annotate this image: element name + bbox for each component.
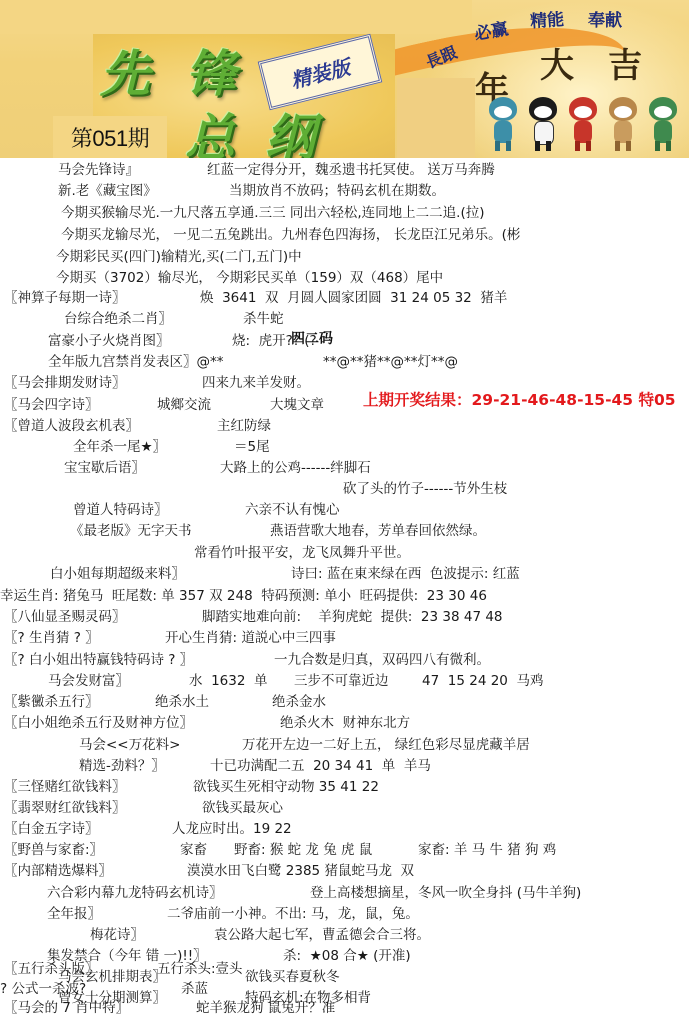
- line-label: 〖八仙显圣赐灵码〗: [4, 608, 126, 626]
- line-label: 白小姐每期超级来料〗: [50, 565, 185, 583]
- line-label: 幸运生肖: 猪兔马 旺尾数: 单 357 双 248 特码预测: 单小 旺码提供…: [0, 587, 487, 605]
- line-value: 杀牛蛇: [243, 310, 284, 328]
- text-line: 〖白金五字诗〗人龙应时出。19 22: [0, 820, 689, 838]
- text-line: 〖五行杀头版〗五行杀头:壹头: [0, 960, 689, 978]
- text-line: 精选-劲料？〗十已功满配二五 20 34 41 单 羊马: [0, 757, 689, 775]
- line-label: 〖内部精选爆料〗: [4, 862, 112, 880]
- text-line: 白小姐每期超级来料〗诗曰: 蓝在東来绿在西 色波提示: 红蓝: [0, 565, 689, 583]
- line-value: 焕 3641 双 月圆人圆家团圆 31 24 05 32 猪羊: [200, 289, 507, 307]
- line-value: 六亲不认有愧心: [245, 501, 340, 519]
- line-label: 〖马会排期发财诗〗: [4, 374, 126, 392]
- line-value: 二爷庙前一小神。不出: 马，龙，鼠，兔。: [167, 905, 419, 923]
- line-label: 全年版九宫禁肖发表区〗@**: [48, 353, 224, 371]
- line-value: 十已功满配二五 20 34 41 单 羊马: [210, 757, 431, 775]
- text-line: 马会先锋诗』红蓝一定得分开，魏丞遗书托冥使。 送万马奔腾: [0, 161, 689, 179]
- line-label: 常看竹叶报平安，龙飞凤舞升平世。: [194, 544, 410, 562]
- slogan-offer: 奉献: [588, 6, 622, 31]
- text-line: 今期买猴输尽光.一九尺落五享通.三三 同出六轻松,连同地上二二追.(拉): [0, 204, 689, 222]
- line-label: 全年报〗: [47, 905, 101, 923]
- line-label: 曾道人特码诗〗: [73, 501, 168, 519]
- line-label: 〖紫黴杀五行〗: [4, 693, 99, 711]
- line-value: 家畜: [180, 841, 207, 859]
- text-line: 马会发财富〗水 1632 单三步不可靠近边47 15 24 20 马鸡: [0, 672, 689, 690]
- line-value: 大塊文章: [270, 396, 324, 414]
- line-label: 〖三怪赌红欲钱料〗: [4, 778, 126, 796]
- line-label: 〖马会四字诗〗: [4, 396, 99, 414]
- text-line: 曾道人特码诗〗六亲不认有愧心: [0, 501, 689, 519]
- text-line: 〖翡翠财红欲钱料〗欲钱买最灰心: [0, 799, 689, 817]
- line-value: 大路上的公鸡------绊脚石: [220, 459, 371, 477]
- line-value: 四来九来羊发财。: [202, 374, 310, 392]
- mascot-beibei-icon: [485, 97, 521, 153]
- issue-number: 第051期: [53, 116, 167, 158]
- line-label: 今期买猴输尽光.一九尺落五享通.三三 同出六轻松,连同地上二二追.(拉): [61, 204, 485, 222]
- line-label: 今期彩民买(四门)输精光,买(二门,五门)中: [56, 248, 302, 266]
- line-label: 马会发财富〗: [48, 672, 129, 690]
- line-value: 开心生肖猜: 道説心中三四事: [165, 629, 336, 647]
- text-line: 砍了头的竹子------节外生枝: [0, 480, 689, 498]
- title-char-3: 总: [185, 98, 235, 158]
- line-value: 绝杀金水: [272, 693, 326, 711]
- text-line: 〖曾道人波段玄机表〗主红防绿: [0, 417, 689, 435]
- text-line: 幸运生肖: 猪兔马 旺尾数: 单 357 双 248 特码预测: 单小 旺码提供…: [0, 587, 689, 605]
- line-label: 六合彩内幕九龙特码玄机诗〗: [47, 884, 223, 902]
- slogan-skill: 精能: [529, 5, 565, 32]
- text-line: 全年杀一尾★〗＝5尾: [0, 438, 689, 456]
- line-label: 〖野兽与家畜:〗: [4, 841, 103, 859]
- line-label: 砍了头的竹子------节外生枝: [343, 480, 507, 498]
- line-label: 〖白小姐绝杀五行及财神方位〗: [4, 714, 193, 732]
- line-value: 诗曰: 蓝在東来绿在西 色波提示: 红蓝: [291, 565, 520, 583]
- last-draw-result: 上期开奖结果：29-21-46-48-15-45 特05: [363, 388, 676, 410]
- text-line: 〖内部精选爆料〗漠漠水田飞白鹭 2385 猪鼠蛇马龙 双: [0, 862, 689, 880]
- text-line: 今期买龙输尽光， 一见二五兔跳出。九州春色四海扬， 长龙臣江兄弟乐。(彬: [0, 226, 689, 244]
- text-line: 〖? 白小姐出特赢钱特码诗 ? 〗一九合数是归真，双码四八有微利。: [0, 651, 689, 669]
- line-value: 当期放肖不放码；特码玄机在期数。: [229, 182, 445, 200]
- text-line: 〖神算子每期一诗〗焕 3641 双 月圆人圆家团圆 31 24 05 32 猪羊: [0, 289, 689, 307]
- text-line: 〖马会的 7 肖中特〗蛇羊猴龙狗 鼠兔开？准: [0, 999, 689, 1017]
- line-value: 城鄉交流: [157, 396, 211, 414]
- title-char-2: 锋: [186, 34, 236, 106]
- text-line: 全年版九宫禁肖发表区〗@****@**猪**@**灯**@: [0, 353, 689, 371]
- mascot-yingying-icon: [605, 97, 641, 153]
- line-value: 野畜: 猴 蛇 龙 兔 虎 鼠: [234, 841, 372, 859]
- line-value: 登上高楼想摘星，冬风一吹全身抖 (马牛羊狗): [310, 884, 581, 902]
- text-line: 常看竹叶报平安，龙飞凤舞升平世。: [0, 544, 689, 562]
- line-label: 〖翡翠财红欲钱料〗: [4, 799, 126, 817]
- masked-area: [397, 78, 475, 158]
- line-label: 全年杀一尾★〗: [73, 438, 166, 456]
- text-line: 马会<<万花料>万花开左边一二好上五， 绿红色彩尽显虎藏羊居: [0, 736, 689, 754]
- text-line: 《最老版》无字天书燕语营歌大地春，芳单春回依然绿。: [0, 522, 689, 540]
- line-value: ＝5尾: [234, 438, 270, 456]
- line-label: 〖马会的 7 肖中特〗: [4, 999, 129, 1017]
- line-label: 〖曾道人波段玄机表〗: [4, 417, 139, 435]
- text-line: 梅花诗〗袁公路大起七军，曹孟德会合三将。: [0, 926, 689, 944]
- text-line: 〖八仙显圣赐灵码〗脚踏实地难向前: 羊狗虎蛇 提供: 23 38 47 48: [0, 608, 689, 626]
- year-char-2: 大: [540, 38, 574, 87]
- line-value: 欲钱买最灰心: [202, 799, 283, 817]
- line-value: 欲钱买生死相守动物 35 41 22: [193, 778, 379, 796]
- banner-top-strip: [0, 0, 472, 34]
- text-line: 今期彩民买(四门)输精光,买(二门,五门)中: [0, 248, 689, 266]
- line-label: 新.老《藏宝图》: [58, 182, 157, 200]
- mascot-jingjing-icon: [525, 97, 561, 153]
- line-value: 杀蓝: [181, 980, 208, 998]
- line-label: 〖五行杀头版〗: [4, 960, 99, 978]
- line-value: 红蓝一定得分开，魏丞遗书托冥使。 送万马奔腾: [207, 161, 495, 179]
- line-value: 人龙应时出。19 22: [172, 820, 292, 838]
- line-label: 〖? 生肖猜 ? 〗: [4, 629, 99, 647]
- text-line: 全年报〗二爷庙前一小神。不出: 马，龙，鼠，兔。: [0, 905, 689, 923]
- text-line: 〖? 生肖猜 ? 〗开心生肖猜: 道説心中三四事: [0, 629, 689, 647]
- text-line: 台综合绝杀二肖〗杀牛蛇: [0, 310, 689, 328]
- line-value: 绝杀火木 财神东北方: [280, 714, 410, 732]
- line-value: 万花开左边一二好上五， 绿红色彩尽显虎藏羊居: [242, 736, 530, 754]
- line-label: 〖白金五字诗〗: [4, 820, 99, 838]
- line-value: 脚踏实地难向前: 羊狗虎蛇 提供: 23 38 47 48: [202, 608, 503, 626]
- mascot-group: [485, 97, 685, 157]
- line-value: 三步不可靠近边: [294, 672, 389, 690]
- text-line: 新.老《藏宝图》当期放肖不放码；特码玄机在期数。: [0, 182, 689, 200]
- text-line: 〖三怪赌红欲钱料〗欲钱买生死相守动物 35 41 22: [0, 778, 689, 796]
- line-value: 燕语营歌大地春，芳单春回依然绿。: [270, 522, 486, 540]
- text-line: 富豪小子火烧肖图〗烧: 虎开?? (?: [0, 332, 689, 350]
- mascot-huanhuan-icon: [565, 97, 601, 153]
- line-label: 台综合绝杀二肖〗: [64, 310, 172, 328]
- header-banner: 先 锋 总 纲 精装版 必赢 精能 奉献 長跟 年 大 吉 第051期: [0, 0, 689, 158]
- text-line: 宝宝歇后语〗大路上的公鸡------绊脚石: [0, 459, 689, 477]
- text-line: 六合彩内幕九龙特码玄机诗〗登上高楼想摘星，冬风一吹全身抖 (马牛羊狗): [0, 884, 689, 902]
- line-value: 五行杀头:壹头: [157, 960, 243, 978]
- issue-number-text: 第051期: [71, 122, 149, 153]
- line-value: 绝杀水土: [155, 693, 209, 711]
- text-line: 〖白小姐绝杀五行及财神方位〗绝杀火木 财神东北方: [0, 714, 689, 732]
- year-char-3: 吉: [608, 38, 642, 87]
- text-line: 今期买（3702）输尽光， 今期彩民买单（159）双（468）尾中: [0, 269, 689, 287]
- line-label: 今期买（3702）输尽光， 今期彩民买单（159）双（468）尾中: [56, 269, 443, 287]
- overlay-text: 四二码: [291, 328, 333, 348]
- line-value: 主红防绿: [217, 417, 271, 435]
- line-value: 袁公路大起七军，曹孟德会合三将。: [214, 926, 430, 944]
- line-label: 梅花诗〗: [90, 926, 144, 944]
- line-value: 蛇羊猴龙狗 鼠兔开？准: [196, 999, 335, 1017]
- line-label: 精选-劲料？〗: [79, 757, 165, 775]
- line-value: **@**猪**@**灯**@: [323, 353, 458, 371]
- line-label: 富豪小子火烧肖图〗: [48, 332, 170, 350]
- line-value: 漠漠水田飞白鹭 2385 猪鼠蛇马龙 双: [187, 862, 414, 880]
- text-line: 〖紫黴杀五行〗绝杀水土绝杀金水: [0, 693, 689, 711]
- mascot-nini-icon: [645, 97, 681, 153]
- line-label: 马会先锋诗』: [58, 161, 139, 179]
- line-value: 47 15 24 20 马鸡: [422, 672, 543, 690]
- line-label: 〖神算子每期一诗〗: [4, 289, 126, 307]
- line-label: 《最老版》无字天书: [70, 522, 192, 540]
- line-label: 马会<<万花料>: [79, 736, 180, 754]
- line-label: 今期买龙输尽光， 一见二五兔跳出。九州春色四海扬， 长龙臣江兄弟乐。(彬: [61, 226, 520, 244]
- title-char-1: 先: [100, 34, 150, 106]
- line-value: 家畜: 羊 马 牛 猪 狗 鸡: [418, 841, 556, 859]
- line-label: ? 公式一杀波?: [0, 980, 86, 998]
- text-line: ? 公式一杀波?杀蓝: [0, 980, 689, 998]
- line-value: 水 1632 单: [189, 672, 268, 690]
- line-label: 宝宝歇后语〗: [64, 459, 145, 477]
- text-line: 〖野兽与家畜:〗家畜野畜: 猴 蛇 龙 兔 虎 鼠家畜: 羊 马 牛 猪 狗 鸡: [0, 841, 689, 859]
- line-value: 一九合数是归真，双码四八有微利。: [274, 651, 490, 669]
- line-label: 〖? 白小姐出特赢钱特码诗 ? 〗: [4, 651, 193, 669]
